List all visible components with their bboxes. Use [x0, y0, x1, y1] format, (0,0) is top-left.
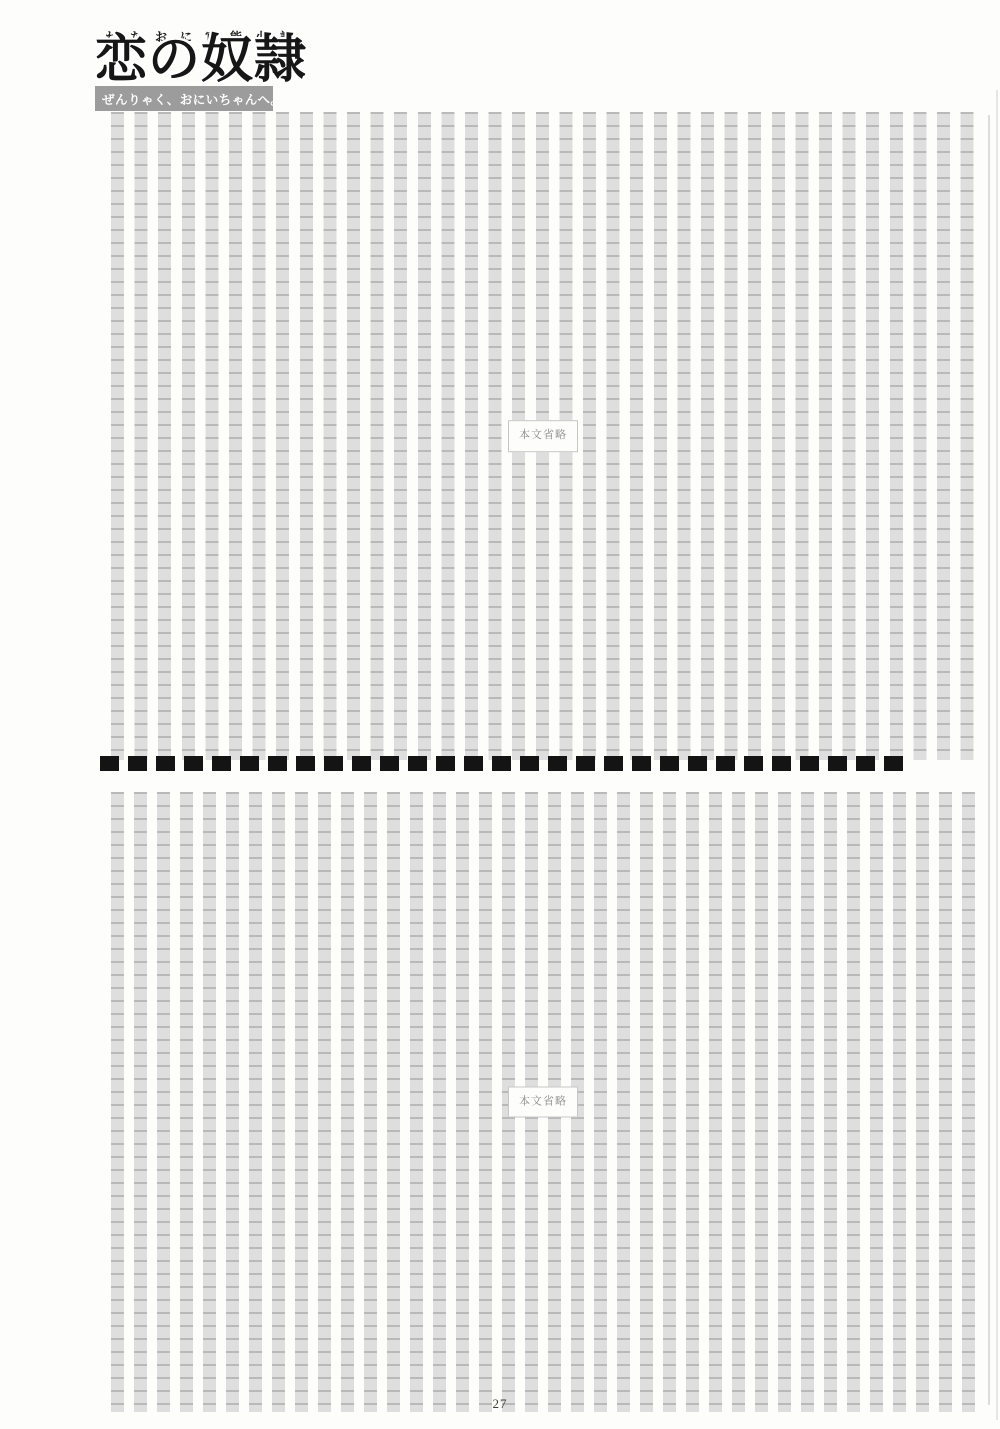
scanned-page: { "logo": { "kicker": "わたおに官能小説", "title… [0, 0, 1000, 1429]
section-divider [100, 756, 908, 771]
scan-edge-artifact [996, 90, 998, 1420]
top-text-block: 本文省略 [106, 112, 980, 760]
logo-subtitle-band: ぜんりゃく、おにいちゃんへ。 [95, 86, 273, 111]
redaction-notice: 本文省略 [508, 1087, 578, 1118]
scan-edge-artifact [988, 115, 990, 1405]
page-number: 27 [0, 1396, 1000, 1412]
redaction-notice: 本文省略 [508, 420, 578, 452]
logo: わたおに官能小説 ぜんりゃく、おにいちゃんへ。 恋の奴隷 [95, 26, 310, 116]
logo-title: 恋の奴隷 [95, 34, 307, 86]
logo-subtitle: ぜんりゃく、おにいちゃんへ。 [95, 90, 284, 108]
bottom-text-block: 本文省略 [106, 792, 980, 1412]
